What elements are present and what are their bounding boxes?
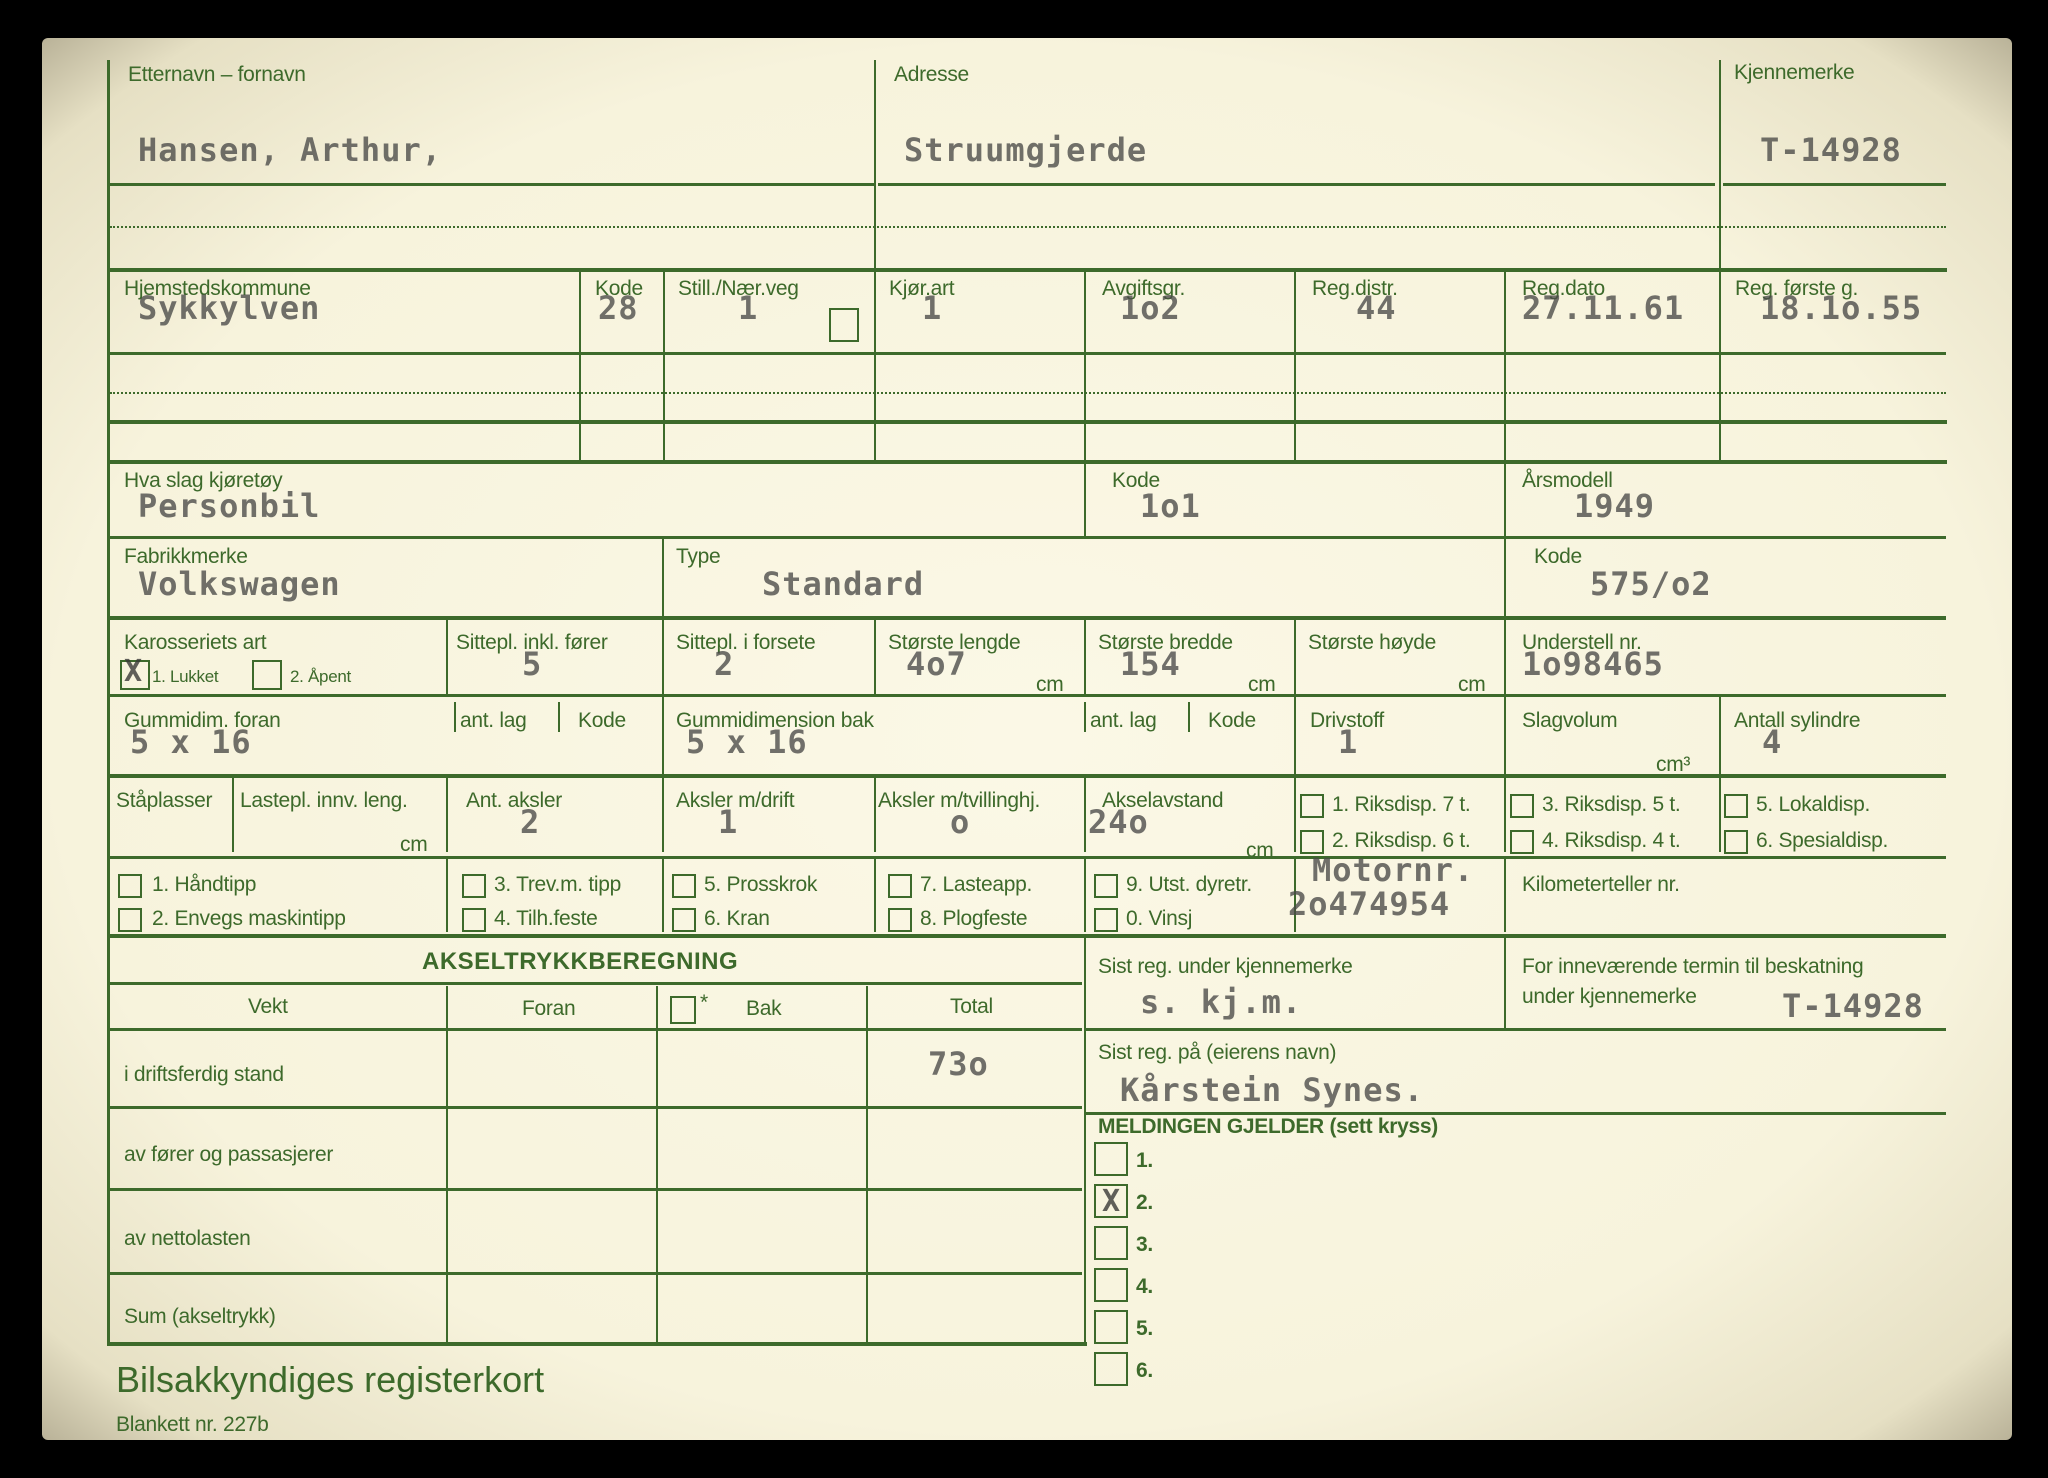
divider (232, 778, 234, 852)
rule (110, 616, 1946, 620)
fuel-value[interactable]: 1 (1338, 726, 1358, 758)
left-border (107, 60, 110, 462)
last-owner-label: Sist reg. på (eierens navn) (1098, 1042, 1336, 1063)
divider (1084, 778, 1086, 852)
left-border (107, 460, 110, 1344)
still-checkbox[interactable] (829, 308, 859, 342)
divider (662, 858, 664, 932)
divider (1719, 270, 1721, 462)
divider (1504, 778, 1506, 852)
seats-value[interactable]: 5 (522, 648, 542, 680)
divider (656, 986, 658, 1342)
body-closed-mark: X (124, 654, 142, 689)
dotted-rule (110, 226, 1946, 228)
disp-6-option: 6. Spesialdisp. (1756, 830, 1888, 851)
disp-1-checkbox[interactable] (1300, 794, 1324, 818)
displacement-unit: cm³ (1656, 754, 1690, 775)
section-rule (107, 460, 1947, 464)
divider (1084, 938, 1086, 1342)
rear-asterisk: * (700, 992, 708, 1013)
rule (110, 982, 1082, 985)
divider (662, 778, 664, 852)
divider (662, 696, 664, 774)
row-label: av fører og passasjerer (124, 1144, 333, 1165)
kind-value[interactable]: Personbil (138, 490, 320, 522)
axles-value[interactable]: 2 (520, 806, 540, 838)
disp-5-option: 5. Lokaldisp. (1756, 794, 1870, 815)
kjor-art-value[interactable]: 1 (922, 292, 942, 324)
tire-rear-plies-label: ant. lag (1090, 710, 1157, 731)
divider (662, 538, 664, 616)
section-rule (107, 268, 1947, 272)
first-reg-value[interactable]: 18.1o.55 (1760, 292, 1922, 324)
length-unit: cm (1036, 674, 1063, 695)
equip-9-checkbox[interactable] (1094, 874, 1118, 898)
equip-5-option: 5. Prosskrok (704, 874, 817, 895)
disp-4-option: 4. Riksdisp. 4 t. (1542, 830, 1680, 851)
divider (874, 270, 876, 462)
divider (874, 60, 876, 268)
tire-front-plies-label: ant. lag (460, 710, 527, 731)
col-total: Total (950, 996, 993, 1017)
divider (1504, 620, 1506, 694)
height-unit: cm (1458, 674, 1485, 695)
width-unit: cm (1248, 674, 1275, 695)
width-value[interactable]: 154 (1120, 648, 1181, 680)
notice-2-mark: X (1102, 1184, 1120, 1219)
equip-4-checkbox[interactable] (462, 908, 486, 932)
cylinders-label: Antall sylindre (1734, 710, 1860, 731)
disp-3-checkbox[interactable] (1510, 794, 1534, 818)
tire-front-value[interactable]: 5 x 16 (130, 726, 252, 758)
divider (1294, 696, 1296, 774)
divider (1719, 696, 1721, 774)
divider (446, 778, 448, 852)
cylinders-value[interactable]: 4 (1762, 726, 1782, 758)
divider (558, 702, 560, 732)
divider (446, 620, 448, 694)
rear-axle-checkbox[interactable] (670, 996, 696, 1024)
col-weight: Vekt (248, 996, 288, 1017)
disp-2-option: 2. Riksdisp. 6 t. (1332, 830, 1470, 851)
disp-1-option: 1. Riksdisp. 7 t. (1332, 794, 1470, 815)
divider (874, 620, 876, 694)
equip-2-option: 2. Envegs maskintipp (152, 908, 346, 929)
rule (1723, 183, 1946, 186)
divider (1084, 462, 1086, 536)
engine-value[interactable]: 2o474954 (1288, 888, 1450, 920)
engine-label: Motornr. (1312, 854, 1474, 886)
kind-code-value[interactable]: 1o1 (1140, 490, 1201, 522)
disp-4-checkbox[interactable] (1510, 830, 1534, 854)
divider (1294, 620, 1296, 694)
notice-3-checkbox[interactable] (1094, 1226, 1128, 1260)
rule (110, 1188, 1082, 1191)
divider (446, 858, 448, 932)
section-rule (110, 934, 1946, 938)
equip-5-checkbox[interactable] (672, 874, 696, 898)
divider (1294, 270, 1296, 462)
tire-rear-value[interactable]: 5 x 16 (686, 726, 808, 758)
row-total[interactable]: 73o (928, 1048, 989, 1080)
type-label: Type (676, 546, 720, 567)
card-title: Bilsakkyndiges registerkort (116, 1362, 544, 1398)
form-number: Blankett nr. 227b (116, 1414, 269, 1435)
tire-front-code-label: Kode (578, 710, 626, 731)
registration-card: Etternavn – fornavn Hansen, Arthur, Adre… (42, 38, 2012, 1440)
divider (579, 270, 581, 462)
equip-0-checkbox[interactable] (1094, 908, 1118, 932)
make-value[interactable]: Volkswagen (138, 568, 341, 600)
axle-load-title: AKSELTRYKKBEREGNING (422, 950, 738, 974)
notice-5-checkbox[interactable] (1094, 1310, 1128, 1344)
rule (110, 856, 1946, 859)
displacement-label: Slagvolum (1522, 710, 1617, 731)
cargo-length-label: Lastepl. innv. leng. (240, 790, 408, 811)
municipality-value[interactable]: Sykkylven (138, 292, 320, 324)
disp-5-checkbox[interactable] (1724, 794, 1748, 818)
notice-label: MELDINGEN GJELDER (sett kryss) (1098, 1116, 1438, 1137)
last-owner-value[interactable]: Kårstein Synes. (1120, 1074, 1424, 1106)
divider (1084, 270, 1086, 462)
tax-value[interactable]: T-14928 (1782, 990, 1924, 1022)
rule (878, 183, 1715, 186)
row-label: av nettolasten (124, 1228, 251, 1249)
divider (1504, 696, 1506, 774)
notice-1-checkbox[interactable] (1094, 1142, 1128, 1176)
row-label: Sum (akseltrykk) (124, 1306, 276, 1327)
type-code-label: Kode (1534, 546, 1582, 567)
plate-value[interactable]: T-14928 (1760, 134, 1902, 166)
divider (1504, 938, 1506, 1028)
section-rule (107, 420, 1947, 424)
drive-axles-value[interactable]: 1 (718, 806, 738, 838)
model-year-value[interactable]: 1949 (1574, 490, 1655, 522)
equip-8-option: 8. Plogfeste (920, 908, 1027, 929)
odometer-label: Kilometerteller nr. (1522, 874, 1680, 895)
row-label: i driftsferdig stand (124, 1064, 284, 1085)
plate-label: Kjennemerke (1734, 62, 1854, 83)
code-value[interactable]: 28 (598, 292, 639, 324)
tax-label-2: under kjennemerke (1522, 986, 1697, 1007)
twin-axles-value[interactable]: o (950, 806, 970, 838)
type-value[interactable]: Standard (762, 568, 924, 600)
wheelbase-value[interactable]: 24o (1088, 806, 1149, 838)
rule (110, 1272, 1082, 1275)
height-label: Største høyde (1308, 632, 1436, 653)
reg-date-value[interactable]: 27.11.61 (1522, 292, 1684, 324)
notice-4-option: 4. (1136, 1276, 1153, 1297)
rule (110, 1028, 1082, 1031)
length-value[interactable]: 4o7 (906, 648, 967, 680)
divider (1084, 702, 1086, 732)
rule (110, 774, 1946, 778)
divider (1504, 858, 1506, 932)
notice-6-option: 6. (1136, 1360, 1153, 1381)
divider (1188, 702, 1190, 732)
divider (874, 778, 876, 852)
body-closed-option: 1. Lukket (152, 668, 218, 685)
notice-6-checkbox[interactable] (1094, 1352, 1128, 1386)
divider (454, 702, 456, 732)
dotted-rule (110, 392, 1946, 394)
rule (110, 352, 1946, 355)
notice-5-option: 5. (1136, 1318, 1153, 1339)
equip-3-checkbox[interactable] (462, 874, 486, 898)
equip-7-option: 7. Lasteapp. (920, 874, 1032, 895)
address-value[interactable]: Struumgjerde (904, 134, 1147, 166)
divider (874, 858, 876, 932)
address-label: Adresse (894, 64, 969, 85)
disp-6-checkbox[interactable] (1724, 830, 1748, 854)
last-plate-label: Sist reg. under kjennemerke (1098, 956, 1353, 977)
col-front: Foran (522, 998, 575, 1019)
body-open-checkbox[interactable] (252, 660, 282, 690)
cargo-length-unit: cm (400, 834, 427, 855)
divider (662, 620, 664, 694)
chassis-value[interactable]: 1o98465 (1522, 648, 1664, 680)
notice-2-option: 2. (1136, 1192, 1153, 1213)
reg-district-value[interactable]: 44 (1356, 292, 1397, 324)
type-code-value[interactable]: 575/o2 (1590, 568, 1712, 600)
section-rule (107, 1342, 1087, 1346)
rule (110, 183, 874, 186)
last-plate-value[interactable]: s. kj.m. (1140, 986, 1302, 1018)
rule (110, 536, 1946, 539)
fee-group-value[interactable]: 1o2 (1120, 292, 1181, 324)
body-open-option: 2. Åpent (290, 668, 351, 685)
name-label: Etternavn – fornavn (128, 64, 306, 85)
make-label: Fabrikkmerke (124, 546, 248, 567)
equip-3-option: 3. Trev.m. tipp (494, 874, 621, 895)
divider (1719, 60, 1721, 268)
equip-6-checkbox[interactable] (672, 908, 696, 932)
tax-label-1: For inneværende termin til beskatning (1522, 956, 1863, 977)
equip-0-option: 0. Vinsj (1126, 908, 1192, 929)
divider (663, 270, 665, 462)
equip-9-option: 9. Utst. dyretr. (1126, 874, 1252, 895)
equip-2-checkbox[interactable] (118, 908, 142, 932)
equip-1-option: 1. Håndtipp (152, 874, 256, 895)
divider (1084, 620, 1086, 694)
standing-label: Ståplasser (116, 790, 212, 811)
col-rear: Bak (746, 998, 781, 1019)
name-value[interactable]: Hansen, Arthur, (138, 134, 442, 166)
notice-3-option: 3. (1136, 1234, 1153, 1255)
rule (110, 694, 1946, 697)
divider (446, 986, 448, 1342)
rule (1086, 1028, 1946, 1031)
tire-rear-code-label: Kode (1208, 710, 1256, 731)
divider (1504, 270, 1506, 462)
equip-6-option: 6. Kran (704, 908, 770, 929)
divider (1504, 462, 1506, 616)
body-label: Karosseriets art (124, 632, 266, 653)
divider (1719, 778, 1721, 852)
divider (1084, 858, 1086, 932)
axles-label: Ant. aksler (466, 790, 562, 811)
divider (1294, 778, 1296, 852)
equip-4-option: 4. Tilh.feste (494, 908, 598, 929)
notice-4-checkbox[interactable] (1094, 1268, 1128, 1302)
equip-7-checkbox[interactable] (888, 874, 912, 898)
disp-3-option: 3. Riksdisp. 5 t. (1542, 794, 1680, 815)
front-seats-value[interactable]: 2 (714, 648, 734, 680)
divider (866, 986, 868, 1342)
still-value[interactable]: 1 (738, 292, 758, 324)
equip-1-checkbox[interactable] (118, 874, 142, 898)
front-seats-label: Sittepl. i forsete (676, 632, 815, 653)
equip-8-checkbox[interactable] (888, 908, 912, 932)
rule (110, 1106, 1082, 1109)
notice-1-option: 1. (1136, 1150, 1153, 1171)
